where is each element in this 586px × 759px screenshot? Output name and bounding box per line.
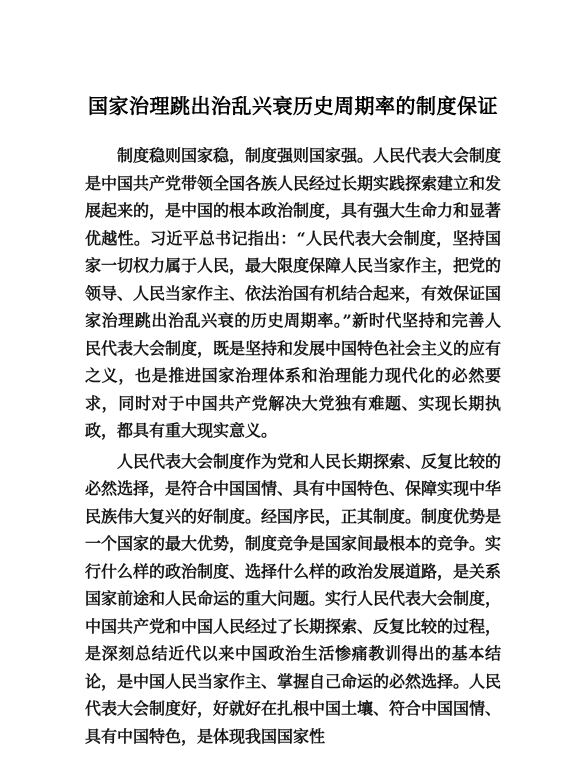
paragraph-1: 制度稳则国家稳，制度强则国家强。人民代表大会制度是中国共产党带领全国各族人民经过… (85, 142, 501, 445)
paragraph-2: 人民代表大会制度作为党和人民长期探索、反复比较的必然选择，是符合中国国情、具有中… (85, 448, 501, 751)
document-title: 国家治理跳出治乱兴衰历史周期率的制度保证 (85, 93, 501, 119)
document-page: 国家治理跳出治乱兴衰历史周期率的制度保证 制度稳则国家稳，制度强则国家强。人民代… (0, 0, 586, 759)
